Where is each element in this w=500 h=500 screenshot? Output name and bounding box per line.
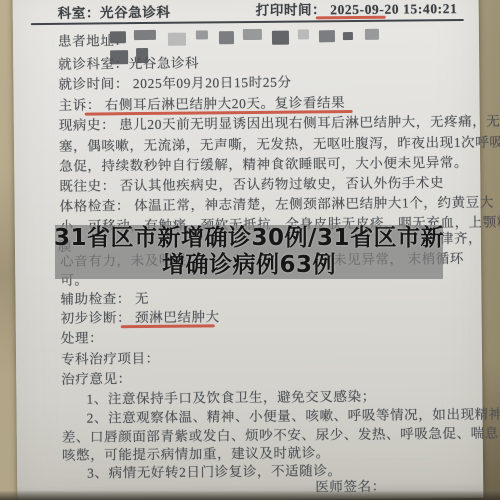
mosaic-block [134,30,156,40]
header-department: 科室：光谷急诊科 [58,5,171,21]
treatment-advice-line: 治疗意见： [61,371,132,387]
aux-exam-line: 辅助检查： 无 [60,291,149,307]
mosaic-block [243,29,262,40]
news-overlay-banner: 31省区市新增确诊30例/31省区市新 增确诊病例63例 [55,225,443,279]
mosaic-block [110,31,126,43]
redacted-address-mosaic [110,28,394,51]
mosaic-block [319,30,335,42]
advice-line-2c: 咳憋，可能提示病情加重，建议及时就诊。 [62,445,330,463]
mosaic-block [219,31,234,44]
news-headline-line2: 增确诊病例63例 [162,252,336,279]
medical-record-photo: 科室：光谷急诊科 打印时间： 2025-09-20 15:40:21 患者地址：… [0,0,500,500]
visit-time-line: 就诊时间： 2025年09月20日15时25分 [58,75,291,92]
mosaic-block [272,31,289,45]
handling-line: 处理： [61,330,103,345]
exam-fragment-right-1: 律齐， [440,231,482,246]
mosaic-block [365,29,379,40]
mosaic-block [298,29,309,39]
bottom-shadow [0,491,500,500]
diagnosis-line: 初步诊断： 颈淋巴结肿大 [61,309,220,326]
mosaic-block [196,30,208,39]
advice-line-1: 1、注意保持手口及饮食卫生，避免交叉感染； [86,389,375,407]
news-headline-line1: 31省区市新增确诊30例/31省区市新 [54,225,444,252]
specialty-items-line: 专科治疗项目： [61,351,160,367]
mosaic-block [343,32,353,40]
visit-dept-line: 就诊科室：光谷急诊科 [58,55,199,71]
advice-line-3: 3、病情无好转2日门诊复诊，不适随诊。 [87,463,342,480]
mosaic-block [168,33,186,46]
